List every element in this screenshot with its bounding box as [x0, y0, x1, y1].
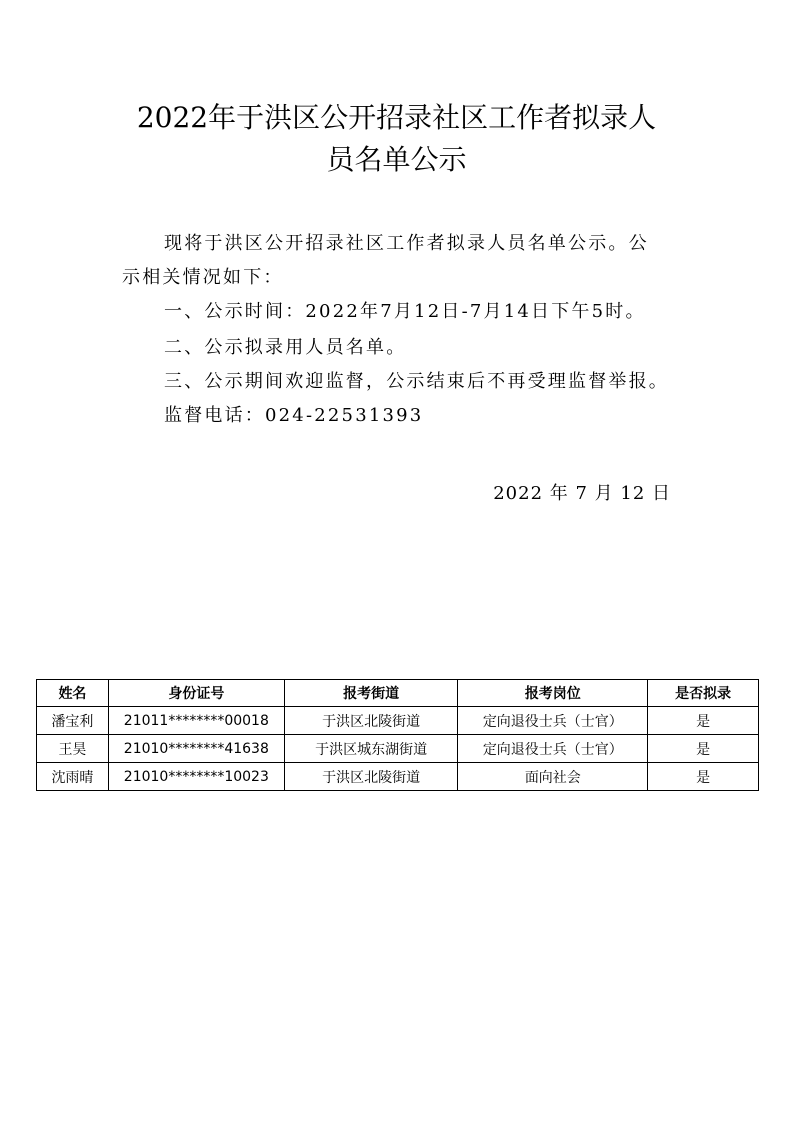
table-header-row: 姓名 身份证号 报考街道 报考岗位 是否拟录 [37, 680, 759, 707]
cell-position: 定向退役士兵（士官） [458, 707, 648, 735]
cell-street: 于洪区城东湖街道 [284, 735, 458, 763]
cell-street: 于洪区北陵街道 [284, 763, 458, 791]
header-id-number: 身份证号 [108, 680, 284, 707]
cell-street: 于洪区北陵街道 [284, 707, 458, 735]
cell-admitted: 是 [648, 735, 759, 763]
notice-item-2: 二、公示拟录用人员名单。 [164, 336, 406, 360]
cell-id-number: 21010********10023 [108, 763, 284, 791]
cell-position: 面向社会 [458, 763, 648, 791]
cell-admitted: 是 [648, 763, 759, 791]
cell-position: 定向退役士兵（士官） [458, 735, 648, 763]
notice-item-1: 一、公示时间：2022年7月12日-7月14日下午5时。 [164, 300, 646, 324]
header-name: 姓名 [37, 680, 109, 707]
supervision-phone: 监督电话：024-22531393 [164, 404, 423, 428]
table-row: 沈雨晴 21010********10023 于洪区北陵街道 面向社会 是 [37, 763, 759, 791]
title-line-2: 员名单公示 [0, 139, 793, 181]
header-admitted: 是否拟录 [648, 680, 759, 707]
candidate-table: 姓名 身份证号 报考街道 报考岗位 是否拟录 潘宝利 21011********… [36, 679, 759, 791]
header-street: 报考街道 [284, 680, 458, 707]
table-row: 潘宝利 21011********00018 于洪区北陵街道 定向退役士兵（士官… [37, 707, 759, 735]
header-position: 报考岗位 [458, 680, 648, 707]
cell-id-number: 21011********00018 [108, 707, 284, 735]
cell-id-number: 21010********41638 [108, 735, 284, 763]
title-line-1: 2022年于洪区公开招录社区工作者拟录人 [137, 101, 656, 134]
notice-date: 2022 年 7 月 12 日 [493, 482, 671, 506]
cell-name: 王昊 [37, 735, 109, 763]
table-row: 王昊 21010********41638 于洪区城东湖街道 定向退役士兵（士官… [37, 735, 759, 763]
intro-line-1: 现将于洪区公开招录社区工作者拟录人员名单公示。公 [164, 232, 649, 256]
intro-line-2: 示相关情况如下： [122, 266, 284, 290]
cell-name: 沈雨晴 [37, 763, 109, 791]
cell-name: 潘宝利 [37, 707, 109, 735]
document-title: 2022年于洪区公开招录社区工作者拟录人 员名单公示 [0, 97, 793, 181]
cell-admitted: 是 [648, 707, 759, 735]
notice-item-3: 三、公示期间欢迎监督，公示结束后不再受理监督举报。 [164, 370, 669, 394]
